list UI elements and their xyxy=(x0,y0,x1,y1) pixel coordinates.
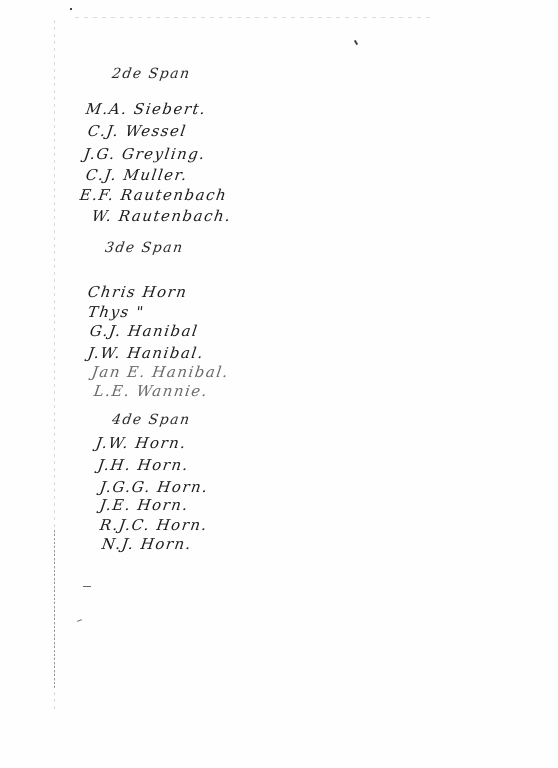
list-item: Jan E. Hanibal. xyxy=(91,363,230,381)
list-item: G.J. Hanibal xyxy=(89,322,200,340)
list-item: J.G. Greyling. xyxy=(83,145,207,163)
list-item: J.H. Horn. xyxy=(97,456,190,474)
list-item: L.E. Wannie. xyxy=(93,382,210,400)
stray-mark xyxy=(77,619,82,622)
list-item: J.G.G. Horn. xyxy=(99,478,210,496)
stray-dash xyxy=(83,586,91,587)
list-item: M.A. Siebert. xyxy=(85,100,208,118)
section-heading: 3de Span xyxy=(104,240,185,256)
left-margin-line-dark xyxy=(54,530,55,690)
list-item: Thys " xyxy=(87,303,146,321)
list-item: C.J. Muller. xyxy=(85,166,189,184)
section-heading: 4de Span xyxy=(111,412,192,428)
list-item: E.F. Rautenbach xyxy=(79,186,229,204)
stray-mark xyxy=(354,40,358,45)
list-item: W. Rautenbach. xyxy=(91,207,233,225)
top-faint-rule xyxy=(75,17,435,18)
list-item: C.J. Wessel xyxy=(87,122,188,140)
list-item: Chris Horn xyxy=(87,283,189,301)
list-item: N.J. Horn. xyxy=(101,535,194,553)
scanned-page: 2de Span M.A. Siebert. C.J. Wessel J.G. … xyxy=(0,0,558,768)
list-item: J.E. Horn. xyxy=(99,496,190,514)
stray-dot xyxy=(70,8,72,10)
list-item: J.W. Hanibal. xyxy=(87,344,206,362)
list-item: R.J.C. Horn. xyxy=(99,516,209,534)
list-item: J.W. Horn. xyxy=(95,434,188,452)
section-heading: 2de Span xyxy=(111,66,192,82)
